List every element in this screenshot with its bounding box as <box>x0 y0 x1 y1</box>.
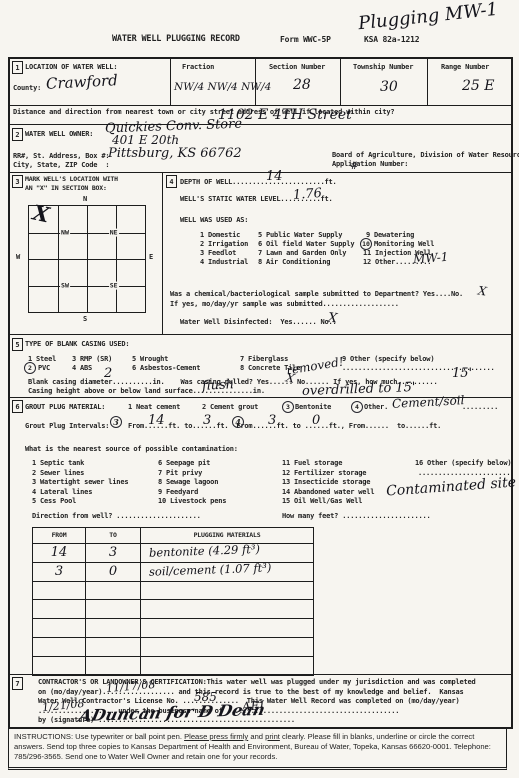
grid-label-nw: NW <box>60 228 70 236</box>
s1-divider-3 <box>340 59 341 105</box>
s6-bottom-line <box>10 674 511 675</box>
casing-diameter-value: 2 <box>104 367 112 380</box>
contamination-question: What is the nearest source of possible c… <box>25 445 238 453</box>
cell-to <box>86 619 141 637</box>
grout-intervals-line: From......ft. to......ft. From......ft. … <box>128 422 441 430</box>
section4-number: 4 <box>166 175 177 188</box>
how-many-feet-line: How many feet? ...................... <box>282 512 431 520</box>
grout-option-4-circled: 4 <box>351 401 363 413</box>
depth-of-well-line: DEPTH OF WELL.......................ft. <box>180 178 337 186</box>
use-option-3: 3 Feedlot <box>200 249 236 257</box>
interval-1-from-value: 14 <box>148 414 165 427</box>
use-option-4: 4 Industrial <box>200 258 248 266</box>
form-statute: KSA 82a-1212 <box>364 35 419 44</box>
street-address-label: RR#, St. Address, Box #: <box>13 152 109 160</box>
s3-right-border <box>162 172 163 334</box>
header-materials-label: PLUGGING MATERIALS <box>141 528 313 539</box>
section2-number: 2 <box>12 128 23 141</box>
contamination-option-1: 1 Septic tank <box>32 459 84 467</box>
cell-from <box>33 619 86 637</box>
grout-option-4-number: 4 <box>355 403 359 411</box>
casing-option-2-number: 2 <box>28 364 32 372</box>
form-body: 1 LOCATION OF WATER WELL: County: Crawfo… <box>8 57 513 729</box>
application-number-label: Application Number: <box>332 160 408 168</box>
use-option-2: 2 Irrigation <box>200 240 248 248</box>
cell-from <box>33 582 86 600</box>
casing-option-2-label: PVC <box>38 364 50 372</box>
table-row: 14 3 bentonite (4.29 ft³) <box>33 543 313 562</box>
use-option-6: 6 Oil field Water Supply <box>258 240 354 248</box>
contamination-other-value: Contaminated site <box>386 475 517 498</box>
grid-hline <box>29 286 145 287</box>
owner-address2-value: 401 E 20th <box>112 134 179 146</box>
township-number-label: Township Number <box>353 63 413 71</box>
county-value: Crawford <box>46 73 118 92</box>
compass-s: S <box>83 315 87 323</box>
well-used-as-label: WELL WAS USED AS: <box>180 216 248 224</box>
contamination-option-11: 11 Fuel storage <box>282 459 342 467</box>
contamination-option-10: 10 Livestock pens <box>158 497 226 505</box>
compass-e: E <box>149 253 153 261</box>
use-option-8: 8 Air Conditioning <box>258 258 330 266</box>
use-option-1: 1 Domestic <box>200 231 240 239</box>
section-number-value: 28 <box>293 78 311 92</box>
cell-to: 0 <box>86 563 141 581</box>
contamination-option-2: 2 Sewer lines <box>32 469 84 477</box>
contamination-option-13: 13 Insecticide storage <box>282 478 370 486</box>
static-water-level-value: 1.76 <box>293 187 323 202</box>
range-number-value: 25 E <box>462 79 494 93</box>
grout-option-3-label: Bentonite <box>295 403 331 411</box>
compass-n: N <box>83 195 87 203</box>
cell-from <box>33 600 86 618</box>
grout-option-4-label: Other. <box>364 403 388 411</box>
from-value: 14 <box>33 545 85 560</box>
grout-option-2: 2 Cement grout <box>202 403 258 411</box>
table-header-from: FROM <box>33 528 86 543</box>
cell-to <box>86 582 141 600</box>
section3-title-line1: MARK WELL'S LOCATION WITH <box>25 176 118 183</box>
casing-height-value: flush <box>202 378 235 393</box>
section6-number: 6 <box>12 400 23 413</box>
header-to-label: TO <box>86 528 140 539</box>
s1-divider-4 <box>427 59 428 105</box>
section-location-grid: NW NE SW SE X <box>28 205 146 313</box>
range-number-label: Range Number <box>441 63 489 71</box>
instructions-underlined-1: Please press firmly <box>184 732 248 741</box>
city-state-zip-label: City, State, ZIP Code : <box>13 161 109 169</box>
grid-hline <box>29 233 145 234</box>
grout-option-3-circled: 3 <box>282 401 294 413</box>
cell-material <box>141 600 313 618</box>
contamination-option-15: 15 Oil Well/Gas Well <box>282 497 362 505</box>
interval-2-number: 4 <box>235 417 241 427</box>
cell-material <box>141 582 313 600</box>
use-option-5: 5 Public Water Supply <box>258 231 342 239</box>
material-value: soil/cement (1.07 ft³) <box>141 559 313 579</box>
cell-from: 3 <box>33 563 86 581</box>
table-header-to: TO <box>86 528 141 543</box>
well-location-x-mark: X <box>31 202 51 226</box>
grout-other-dots: ......... <box>462 403 498 411</box>
table-row <box>33 656 313 675</box>
header-from-label: FROM <box>33 528 85 539</box>
table-row <box>33 618 313 637</box>
use-option-9: 9 Dewatering <box>366 231 414 239</box>
section4-number-label: 4 <box>169 178 173 186</box>
county-label: County: <box>13 84 41 92</box>
casing-option-4: 4 ABS <box>72 364 92 372</box>
interval-1-circled-number: 3 <box>110 416 122 428</box>
contamination-option-16: 16 Other (specify below) <box>415 459 511 467</box>
contamination-option-5: 5 Cess Pool <box>32 497 76 505</box>
s1-divider-2 <box>255 59 256 105</box>
section2-number-label: 2 <box>15 131 19 139</box>
section7-number: 7 <box>12 677 23 690</box>
table-row: 3 0 soil/cement (1.07 ft³) <box>33 562 313 581</box>
section3-number-label: 3 <box>15 178 19 186</box>
casing-option-3: 3 RMP (SR) <box>72 355 112 363</box>
sample-submitted-line: Was a chemical/bacteriological sample su… <box>170 290 463 298</box>
section3-title-line2: AN "X" IN SECTION BOX: <box>25 185 107 192</box>
section1-title: LOCATION OF WATER WELL: <box>25 63 117 71</box>
interval-1-to-value: 3 <box>203 414 211 427</box>
instructions-box: INSTRUCTIONS: Use typewriter or ball poi… <box>8 728 507 770</box>
grout-title: GROUT PLUG MATERIAL: <box>25 403 105 411</box>
disinfected-no-x-mark: X <box>327 312 338 326</box>
instructions-text: INSTRUCTIONS: Use typewriter or ball poi… <box>14 732 184 741</box>
contamination-option-8: 8 Sewage lagoon <box>158 478 218 486</box>
form-number: Form WWC-5P <box>280 35 331 44</box>
interval-2-circled-number: 4 <box>232 416 244 428</box>
city-state-zip-value: Pittsburg, KS 66762 <box>108 147 242 160</box>
grout-option-3-number: 3 <box>286 403 290 411</box>
cell-from: 14 <box>33 544 86 562</box>
casing-option-9: 9 Other (specify below) <box>342 355 434 363</box>
to-value: 0 <box>86 564 140 579</box>
from-value: 3 <box>33 564 85 579</box>
to-value: 3 <box>86 545 140 560</box>
instructions-text: and <box>248 732 265 741</box>
grid-label-ne: NE <box>109 228 119 236</box>
contamination-option-9: 9 Feedyard <box>158 488 198 496</box>
section1-number-label: 1 <box>15 64 19 72</box>
use-other-value: MW-1 <box>413 251 449 265</box>
contamination-option-14: 14 Abandoned water well <box>282 488 374 496</box>
grid-label-se: SE <box>109 281 119 289</box>
depth-of-well-value: 14 <box>266 170 283 183</box>
scanned-form-page: Plugging MW-1 WATER WELL PLUGGING RECORD… <box>0 0 519 778</box>
table-row <box>33 599 313 618</box>
fraction-label: Fraction <box>182 63 214 71</box>
use-option-10-number: 10 <box>362 240 370 248</box>
certification-line2: on (mo/day/year).................. and t… <box>38 688 464 696</box>
use-option-10-label: Monitoring Well <box>374 240 434 248</box>
cell-to <box>86 638 141 656</box>
casing-title: TYPE OF BLANK CASING USED: <box>25 340 129 348</box>
grout-other-value: Cement/soil <box>392 394 465 410</box>
casing-option-5: 5 Wrought <box>132 355 168 363</box>
casing-pulled-yes-x-mark: X <box>285 371 296 384</box>
plugging-materials-table: FROM TO PLUGGING MATERIALS 14 3 bentonit… <box>32 527 314 676</box>
contamination-option-7: 7 Pit privy <box>158 469 202 477</box>
casing-option-2-circled: 2 <box>24 362 36 374</box>
certification-line1: CONTRACTOR'S OR LANDOWNER'S CERTIFICATIO… <box>38 678 476 686</box>
table-row <box>33 581 313 600</box>
sample-date-line: If yes, mo/day/yr sample was submitted..… <box>170 300 399 308</box>
cell-to <box>86 657 141 675</box>
board-label: Board of Agriculture, Division of Water … <box>332 151 519 159</box>
cell-from <box>33 638 86 656</box>
sample-no-x-mark: X <box>477 284 487 297</box>
grid-label-sw: SW <box>60 281 70 289</box>
section3-number: 3 <box>12 175 23 188</box>
contamination-option-6: 6 Seepage pit <box>158 459 210 467</box>
application-number-mark: # <box>350 162 358 172</box>
s4-bottom-line <box>10 334 511 335</box>
overdrilled-note: overdrilled to 15' <box>302 381 416 398</box>
interval-2-from-value: 3 <box>268 414 276 427</box>
casing-option-7: 7 Fiberglass <box>240 355 288 363</box>
contamination-option-4: 4 Lateral lines <box>32 488 92 496</box>
casing-option-6: 6 Asbestos-Cement <box>132 364 200 372</box>
grout-option-1: 1 Neat cement <box>128 403 180 411</box>
cell-to <box>86 600 141 618</box>
section7-number-label: 7 <box>15 680 19 688</box>
owner-title: WATER WELL OWNER: <box>25 130 93 138</box>
township-number-value: 30 <box>380 80 398 94</box>
interval-2-to-value: 0 <box>312 414 320 427</box>
contamination-option-12: 12 Fertilizer storage <box>282 469 366 477</box>
cell-to: 3 <box>86 544 141 562</box>
fraction-value: NW/4 NW/4 NW/4 <box>174 82 271 93</box>
section5-number: 5 <box>12 338 23 351</box>
cell-from <box>33 657 86 675</box>
handwritten-title-note: Plugging MW-1 <box>357 1 498 34</box>
instructions-underlined-2: print <box>265 732 280 741</box>
s2-bottom-line <box>10 172 511 173</box>
contamination-option-3: 3 Watertight sewer lines <box>32 478 128 486</box>
cell-material: soil/cement (1.07 ft³) <box>141 563 313 581</box>
compass-w: W <box>16 253 20 261</box>
disinfected-line: Water Well Disinfected: Yes...... No.. <box>180 318 337 326</box>
s1-bottom-line <box>10 124 511 125</box>
table-row <box>33 637 313 656</box>
material-value: bentonite (4.29 ft³) <box>141 540 313 560</box>
s1-row-line <box>10 105 511 106</box>
s1-divider-1 <box>170 59 171 105</box>
use-option-7: 7 Lawn and Garden Only <box>258 249 346 257</box>
cell-material <box>141 638 313 656</box>
direction-from-well-line: Direction from well? ...................… <box>32 512 201 520</box>
cell-material <box>141 619 313 637</box>
casing-how-much-value: 15' <box>452 367 472 380</box>
interval-1-number: 3 <box>113 417 119 427</box>
grout-intervals-label: Grout Plug Intervals: <box>25 422 109 430</box>
section5-number-label: 5 <box>15 341 19 349</box>
section6-number-label: 6 <box>15 403 19 411</box>
cell-material <box>141 657 313 675</box>
section1-number: 1 <box>12 61 23 74</box>
form-title: WATER WELL PLUGGING RECORD <box>112 35 240 45</box>
grid-hline <box>29 259 145 260</box>
section-number-label: Section Number <box>269 63 325 71</box>
